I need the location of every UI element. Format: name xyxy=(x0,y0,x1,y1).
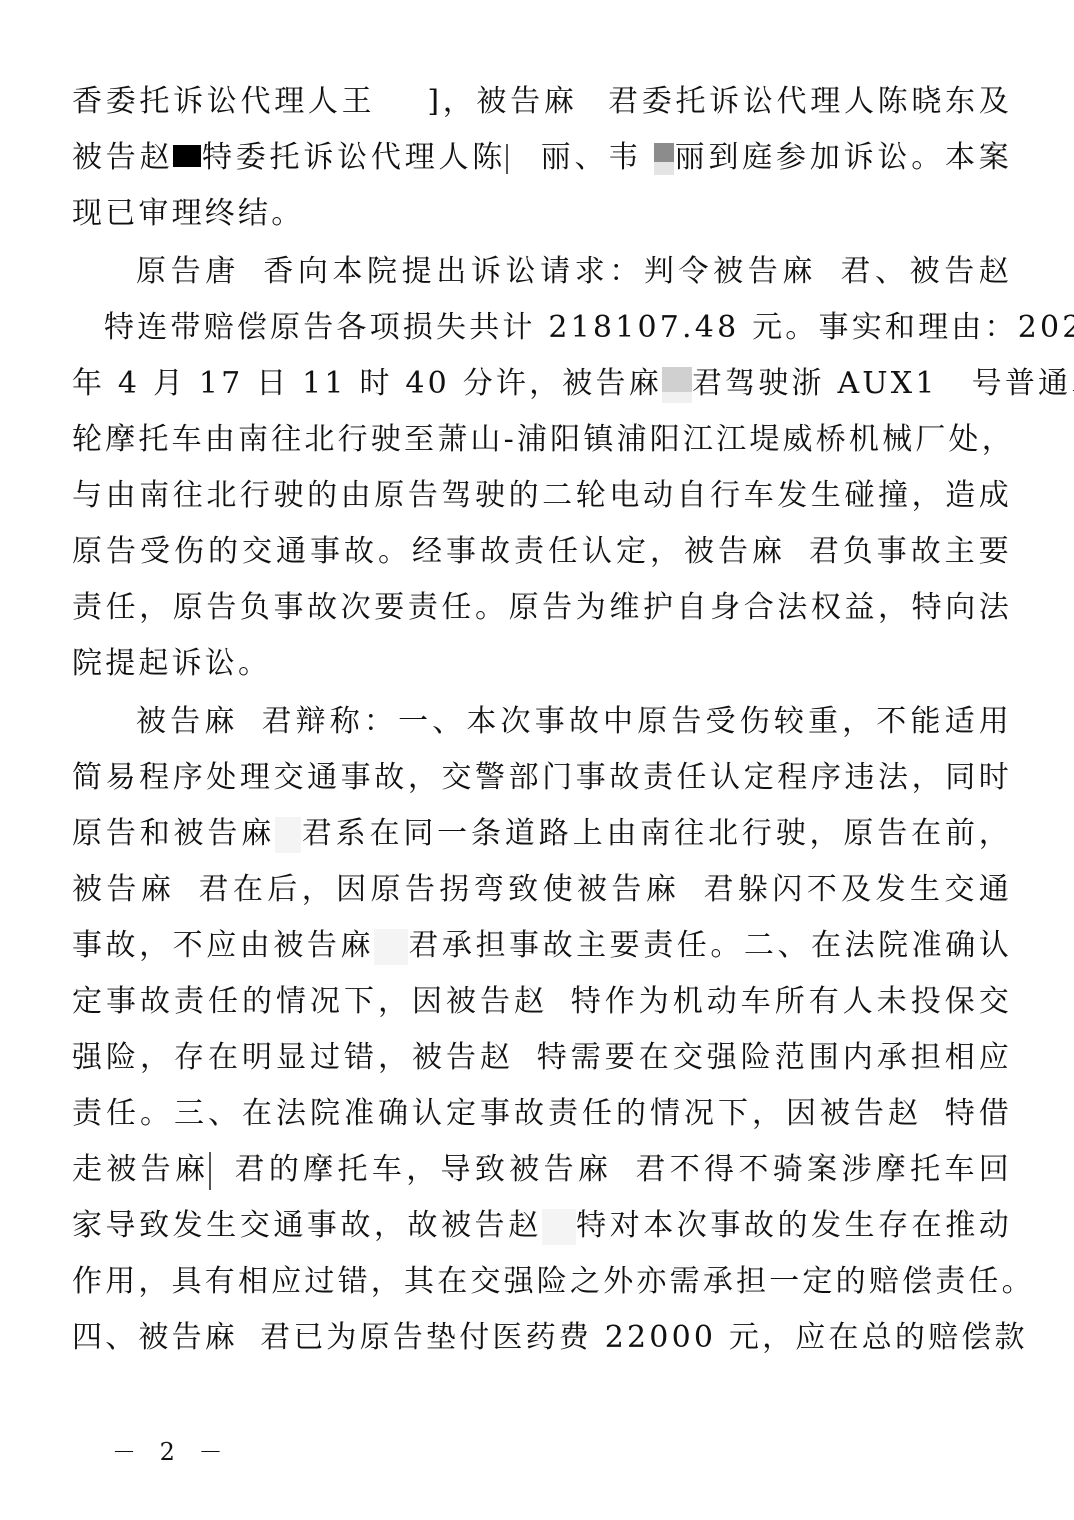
text-segment: 轮摩托车由南往北行驶至萧山-浦阳镇浦阳江江堤威桥机械厂处， xyxy=(72,422,1015,457)
text-segment: 特作为机动车所有人未投保交 xyxy=(570,984,1012,1019)
text-line: 原告唐香向本院提出诉讼请求：判令被告麻君、被告赵 xyxy=(136,250,1012,294)
redaction-gap xyxy=(238,1324,260,1354)
text-segment: 香委托诉讼代理人王 xyxy=(72,84,375,119)
text-segment: 简易程序处理交通事故，交警部门事故责任认定程序违法，同时 xyxy=(72,760,1012,795)
text-line: 四、被告麻君已为原告垫付医药费 22000 元，应在总的赔偿款 xyxy=(72,1316,1012,1360)
text-segment: 特委托诉讼代理人陈 xyxy=(201,140,506,175)
text-line: 作用，具有相应过错，其在交强险之外亦需承担一定的赔偿责任。 xyxy=(72,1260,1012,1304)
text-segment: 原告唐 xyxy=(136,254,240,289)
text-segment: 被告麻 xyxy=(72,872,175,907)
text-segment: 家导致发生交通事故，故被告赵 xyxy=(72,1208,542,1243)
text-segment: 君的摩托车，导致被告麻 xyxy=(233,1152,612,1187)
redaction-gap xyxy=(211,1156,233,1186)
redaction-gap xyxy=(514,1044,536,1074)
text-segment: 君负事故主要 xyxy=(808,534,1012,569)
text-line: 走被告麻君的摩托车，导致被告麻君不得不骑案涉摩托车回 xyxy=(72,1148,1012,1192)
text-segment: 君在后，因原告拐弯致使被告麻 xyxy=(197,872,680,907)
redaction-mark xyxy=(662,367,692,403)
redaction-gap xyxy=(548,988,570,1018)
text-line: 原告受伤的交通事故。经事故责任认定，被告麻君负事故主要 xyxy=(72,530,1012,574)
text-segment: 君委托诉讼代理人陈晓东及 xyxy=(608,84,1012,119)
text-segment: 君辩称：一、本次事故中原告受伤较重，不能适用 xyxy=(260,704,1012,739)
redaction-gap xyxy=(642,144,654,174)
redaction-mark xyxy=(374,929,408,965)
text-segment: 君驾驶浙 AUX1 xyxy=(692,366,938,401)
text-line: 特连带赔偿原告各项损失共计 218107.48 元。事实和理由：2023 xyxy=(104,306,1012,350)
text-segment: 君、被告赵 xyxy=(839,254,1012,289)
redaction-mark xyxy=(275,817,301,853)
text-line: 被告赵特委托诉讼代理人陈丽、韦丽到庭参加诉讼。本案 xyxy=(72,136,1012,180)
redaction-gap xyxy=(238,708,260,738)
redaction-gap xyxy=(508,144,540,174)
redaction-mark xyxy=(173,145,201,167)
text-segment: 特需要在交强险范围内承担相应 xyxy=(536,1040,1012,1075)
text-line: 责任。三、在法院准确认定事故责任的情况下，因被告赵特借 xyxy=(72,1092,1012,1136)
text-segment: 君不得不骑案涉摩托车回 xyxy=(634,1152,1012,1187)
text-segment: 号普通二 xyxy=(972,366,1074,401)
text-segment: 定事故责任的情况下，因被告赵 xyxy=(72,984,548,1019)
text-line: 院提起诉讼。 xyxy=(72,642,1012,686)
text-segment: 丽、韦 xyxy=(540,140,642,175)
text-segment: 特连带赔偿原告各项损失共计 218107.48 元。事实和理由：2023 xyxy=(104,310,1074,345)
text-line: 定事故责任的情况下，因被告赵特作为机动车所有人未投保交 xyxy=(72,980,1012,1024)
page-number: － 2 － xyxy=(112,1432,231,1467)
redaction-gap xyxy=(612,1156,634,1186)
text-segment: ]，被告麻 xyxy=(427,84,577,119)
document-page: 香委托诉讼代理人王]，被告麻君委托诉讼代理人陈晓东及 被告赵特委托诉讼代理人陈丽… xyxy=(0,0,1074,1520)
text-line: 与由南往北行驶的由原告驾驶的二轮电动自行车发生碰撞，造成 xyxy=(72,474,1012,518)
text-line: 被告麻君在后，因原告拐弯致使被告麻君躲闪不及发生交通 xyxy=(72,868,1012,912)
text-line: 强险，存在明显过错，被告赵特需要在交强险范围内承担相应 xyxy=(72,1036,1012,1080)
text-segment: 君已为原告垫付医药费 22000 元，应在总的赔偿款 xyxy=(260,1320,1028,1355)
text-segment: 特对本次事故的发生存在推动 xyxy=(576,1208,1012,1243)
text-segment: 走被告麻 xyxy=(72,1152,209,1187)
text-segment: 被告麻 xyxy=(136,704,238,739)
redaction-gap xyxy=(375,88,427,118)
text-segment: 原告和被告麻 xyxy=(72,816,275,851)
text-segment: 被告赵 xyxy=(72,140,173,175)
text-segment: 责任。三、在法院准确认定事故责任的情况下，因被告赵 xyxy=(72,1096,922,1131)
text-line: 原告和被告麻君系在同一条道路上由南往北行驶，原告在前， xyxy=(72,812,1012,856)
text-line: 责任，原告负事故次要责任。原告为维护自身合法权益，特向法 xyxy=(72,586,1012,630)
text-line: 香委托诉讼代理人王]，被告麻君委托诉讼代理人陈晓东及 xyxy=(72,80,1012,124)
text-segment: 君承担事故主要责任。二、在法院准确认 xyxy=(408,928,1012,963)
text-segment: 香向本院提出诉讼请求：判令被告麻 xyxy=(262,254,817,289)
text-segment: 丽到庭参加诉讼。本案 xyxy=(674,140,1012,175)
text-line: 被告麻君辩称：一、本次事故中原告受伤较重，不能适用 xyxy=(136,700,1012,744)
redaction-gap xyxy=(680,876,702,906)
redaction-gap xyxy=(240,258,262,288)
text-segment: 年 4 月 17 日 11 时 40 分许，被告麻 xyxy=(72,366,662,401)
redaction-gap xyxy=(938,370,972,400)
redaction-mark xyxy=(654,143,674,175)
text-line: 年 4 月 17 日 11 时 40 分许，被告麻君驾驶浙 AUX1号普通二 xyxy=(72,362,1012,406)
redaction-gap xyxy=(175,876,197,906)
text-line: 现已审理终结。 xyxy=(72,192,1012,236)
redaction-gap xyxy=(817,258,839,288)
text-line: 家导致发生交通事故，故被告赵特对本次事故的发生存在推动 xyxy=(72,1204,1012,1248)
text-line: 事故，不应由被告麻君承担事故主要责任。二、在法院准确认 xyxy=(72,924,1012,968)
redaction-gap xyxy=(578,88,608,118)
text-segment: 现已审理终结。 xyxy=(72,196,304,231)
text-segment: 特借 xyxy=(944,1096,1012,1131)
text-segment: 责任，原告负事故次要责任。原告为维护自身合法权益，特向法 xyxy=(72,590,1012,625)
text-line: 轮摩托车由南往北行驶至萧山-浦阳镇浦阳江江堤威桥机械厂处， xyxy=(72,418,1012,462)
text-segment: 作用，具有相应过错，其在交强险之外亦需承担一定的赔偿责任。 xyxy=(72,1264,1035,1299)
text-segment: 院提起诉讼。 xyxy=(72,646,271,681)
text-segment: 事故，不应由被告麻 xyxy=(72,928,374,963)
text-segment: 强险，存在明显过错，被告赵 xyxy=(72,1040,514,1075)
redaction-mark xyxy=(542,1209,576,1245)
text-segment: 君躲闪不及发生交通 xyxy=(702,872,1012,907)
redaction-gap xyxy=(786,538,808,568)
text-segment: 与由南往北行驶的由原告驾驶的二轮电动自行车发生碰撞，造成 xyxy=(72,478,1012,513)
text-segment: 四、被告麻 xyxy=(72,1320,238,1355)
text-segment: 原告受伤的交通事故。经事故责任认定，被告麻 xyxy=(72,534,786,569)
text-segment: 君系在同一条道路上由南往北行驶，原告在前， xyxy=(301,816,1012,851)
redaction-gap xyxy=(922,1100,944,1130)
text-line: 简易程序处理交通事故，交警部门事故责任认定程序违法，同时 xyxy=(72,756,1012,800)
